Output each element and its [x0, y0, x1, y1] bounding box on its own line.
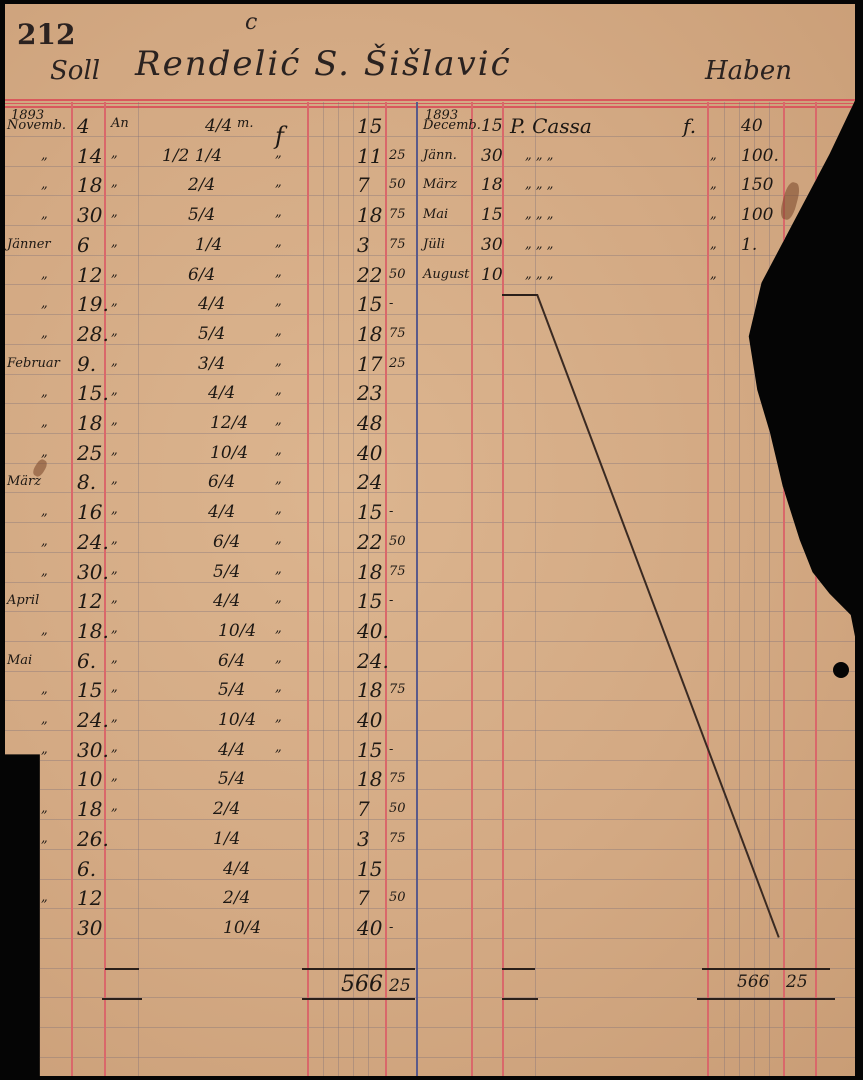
- credit-entry-day: 15: [481, 205, 503, 225]
- entry-amount: 40: [357, 916, 382, 940]
- entry-amount: 7: [357, 173, 370, 197]
- entry-ditto: „: [275, 383, 282, 398]
- debit-total-cents: 25: [389, 976, 411, 996]
- entry-cents: -: [389, 504, 393, 519]
- ruled-line: [5, 492, 855, 493]
- entry-amount: 18: [357, 767, 382, 791]
- debit-date-close-rule: [105, 968, 139, 970]
- entry-month: „: [41, 623, 48, 638]
- ruled-line: [5, 166, 855, 167]
- credit-entry-folio: f.: [683, 114, 696, 138]
- entry-month: „: [41, 445, 48, 460]
- entry-ditto: „: [275, 413, 282, 428]
- entry-day: 6.: [77, 649, 96, 673]
- entry-ditto: „: [275, 621, 282, 636]
- entry-month: Mai: [7, 653, 32, 668]
- entry-mark: „: [111, 354, 118, 369]
- entry-day: 12: [77, 589, 102, 613]
- credit-entry-month: Decemb.: [423, 118, 481, 133]
- entry-cents: 50: [389, 534, 406, 549]
- entry-quantity: 5/4: [188, 205, 215, 225]
- entry-day: 14: [77, 144, 102, 168]
- entry-ditto: „: [275, 175, 282, 190]
- credit-entry-day: 30: [481, 146, 503, 166]
- entry-day: 18: [77, 411, 102, 435]
- entry-mark: „: [111, 680, 118, 695]
- credit-entry-day: 10: [481, 265, 503, 285]
- entry-amount: 15: [357, 589, 382, 613]
- entry-month: „: [41, 712, 48, 727]
- ruled-line: [5, 611, 855, 612]
- entry-day: 10: [77, 767, 102, 791]
- debit-grid-rule: [353, 102, 354, 1076]
- entry-month: „: [41, 326, 48, 341]
- entry-quantity: 4/4: [223, 859, 250, 879]
- ink-stain: [778, 181, 801, 221]
- entry-quantity: 5/4: [213, 562, 240, 582]
- credit-entry-amount: 100.: [741, 146, 779, 166]
- entry-ditto: „: [275, 443, 282, 458]
- debit-grid-rule: [323, 102, 324, 1076]
- entry-mark: „: [111, 562, 118, 577]
- entry-mark: „: [111, 651, 118, 666]
- credit-entry-description: „ „ „: [525, 267, 553, 282]
- entry-mark: „: [111, 413, 118, 428]
- entry-quantity: 3/4: [198, 354, 225, 374]
- entry-day: 19.: [77, 292, 109, 316]
- credit-entry-day: 18: [481, 175, 503, 195]
- entry-quantity: 1/4: [213, 829, 240, 849]
- entry-quantity: 2/4: [188, 175, 215, 195]
- credit-entry-folio: „: [710, 207, 717, 222]
- entry-amount: 3: [357, 233, 370, 257]
- entry-day: 24.: [77, 530, 109, 554]
- entry-month: „: [41, 890, 48, 905]
- ruled-line: [5, 1027, 855, 1028]
- debit-folio-column-rule: [307, 102, 309, 1076]
- haben-heading: Haben: [705, 56, 792, 86]
- entry-cents: 50: [389, 267, 406, 282]
- entry-quantity: 4/4: [213, 591, 240, 611]
- credit-entry-amount: 150: [741, 175, 773, 195]
- ruled-line: [5, 700, 855, 701]
- entry-cents: -: [389, 920, 393, 935]
- entry-ditto: „: [275, 591, 282, 606]
- entry-quantity: 10/4: [218, 621, 256, 641]
- entry-day: 9.: [77, 352, 96, 376]
- debit-double-rule: [302, 998, 415, 1000]
- entry-cents: 75: [389, 771, 406, 786]
- entry-ditto: „: [275, 562, 282, 577]
- credit-date-close-rule: [502, 968, 535, 970]
- credit-diagonal-closing-line: [536, 294, 780, 938]
- ledger-page: 212 Soll Rendelić S. Šišlavić c Haben 18…: [5, 4, 855, 1076]
- entry-quantity: 4/4: [205, 116, 232, 136]
- entry-mark: „: [111, 443, 118, 458]
- entry-mark: „: [111, 769, 118, 784]
- entry-cents: -: [389, 742, 393, 757]
- ruled-line: [5, 641, 855, 642]
- entry-day: 25: [77, 441, 102, 465]
- entry-cents: -: [389, 593, 393, 608]
- entry-day: 6: [77, 233, 90, 257]
- entry-day: 24.: [77, 708, 109, 732]
- entry-ditto: „: [275, 532, 282, 547]
- entry-amount: 3: [357, 827, 370, 851]
- entry-month: „: [41, 831, 48, 846]
- credit-folio-column-rule: [707, 102, 709, 1076]
- entry-amount: 24.: [357, 649, 389, 673]
- credit-edge-column-rule: [815, 102, 817, 1076]
- entry-quantity: 10/4: [223, 918, 261, 938]
- entry-amount: 22: [357, 530, 382, 554]
- ruled-line: [5, 314, 855, 315]
- entry-ditto: „: [275, 294, 282, 309]
- credit-grid-rule: [769, 102, 770, 1076]
- entry-cents: 50: [389, 890, 406, 905]
- debit-sum-rule: [302, 968, 415, 970]
- debit-cents-column-rule: [385, 102, 387, 1076]
- entry-amount: 18: [357, 203, 382, 227]
- entry-mark: „: [111, 146, 118, 161]
- entry-mark: „: [111, 710, 118, 725]
- entry-month: Jüli: [7, 861, 29, 876]
- entry-day: 18.: [77, 619, 109, 643]
- entry-quantity: 10/4: [218, 710, 256, 730]
- entry-month: „: [41, 385, 48, 400]
- entry-quantity: 4/4: [208, 383, 235, 403]
- credit-entry-day: 30: [481, 235, 503, 255]
- entry-ditto: „: [275, 205, 282, 220]
- credit-entry-folio: „: [710, 148, 717, 163]
- entry-quantity: 4/4: [218, 740, 245, 760]
- entry-quantity: 5/4: [218, 769, 245, 789]
- entry-amount: 15: [357, 857, 382, 881]
- entry-ditto: „: [275, 680, 282, 695]
- entry-mark: „: [111, 502, 118, 517]
- entry-ditto: „: [275, 235, 282, 250]
- ruled-line: [5, 760, 855, 761]
- entry-quantity: 6/4: [213, 532, 240, 552]
- entry-amount: 18: [357, 678, 382, 702]
- entry-ditto: „: [275, 324, 282, 339]
- entry-cents: -: [389, 296, 393, 311]
- credit-total-cents: 25: [786, 972, 808, 992]
- entry-mark: „: [111, 472, 118, 487]
- entry-mark: „: [111, 205, 118, 220]
- credit-entry-folio: „: [710, 237, 717, 252]
- entry-mark: „: [111, 621, 118, 636]
- credit-double-rule: [697, 998, 835, 1000]
- entry-quantity: 10/4: [210, 443, 248, 463]
- entry-amount: 15: [357, 292, 382, 316]
- ruled-line: [5, 225, 855, 226]
- entry-quantity: 5/4: [198, 324, 225, 344]
- entry-cents: 25: [389, 356, 406, 371]
- credit-entry-day: 15: [481, 116, 503, 136]
- entry-mark: „: [111, 235, 118, 250]
- debit-date-column-rule: [71, 102, 73, 1076]
- entry-day: 8.: [77, 470, 96, 494]
- entry-day: 30: [77, 203, 102, 227]
- entry-quantity: 5/4: [218, 680, 245, 700]
- credit-entry-month: März: [423, 177, 457, 192]
- debit-folio-mark: f: [275, 122, 284, 150]
- entry-day: 28.: [77, 322, 109, 346]
- soll-heading: Soll: [50, 56, 100, 86]
- credit-entry-month: August: [423, 267, 469, 282]
- entry-day: 18: [77, 173, 102, 197]
- entry-quantity: 6/4: [218, 651, 245, 671]
- credit-entry-description: „ „ „: [525, 177, 553, 192]
- ruled-line: [5, 879, 855, 880]
- ruled-line: [5, 1057, 855, 1058]
- debit-day-column-rule: [104, 102, 106, 1076]
- entry-cents: 75: [389, 831, 406, 846]
- entry-mark: „: [111, 799, 118, 814]
- entry-cents: 75: [389, 207, 406, 222]
- credit-cents-column-rule: [783, 102, 785, 1076]
- entry-cents: 50: [389, 801, 406, 816]
- credit-total-amount: 566: [737, 972, 769, 992]
- ruled-line: [5, 136, 855, 137]
- ruled-line: [5, 671, 855, 672]
- ruled-line: [5, 195, 855, 196]
- entry-amount: 7: [357, 886, 370, 910]
- entry-quantity: 4/4: [208, 502, 235, 522]
- credit-entry-month: Jänn.: [423, 148, 457, 163]
- credit-entry-month: Jüli: [423, 237, 445, 252]
- entry-ditto: „: [275, 502, 282, 517]
- credit-entry-amount: 1.: [741, 235, 757, 255]
- account-superscript: c: [245, 10, 257, 35]
- entry-mark: „: [111, 383, 118, 398]
- entry-ditto: „: [275, 472, 282, 487]
- soll-haben-divider: [416, 102, 418, 1076]
- entry-month: „: [41, 801, 48, 816]
- debit-mark-column-rule: [138, 102, 139, 1076]
- credit-entry-description: „ „ „: [525, 237, 553, 252]
- entry-ditto: „: [275, 651, 282, 666]
- entry-quantity: 6/4: [208, 472, 235, 492]
- entry-amount: 22: [357, 263, 382, 287]
- account-name: Rendelić S. Šišlavić: [135, 44, 512, 84]
- entry-mark: „: [111, 324, 118, 339]
- entry-ditto: „: [275, 265, 282, 280]
- entry-ditto: „: [275, 740, 282, 755]
- ruled-line: [5, 344, 855, 345]
- page-number: 212: [17, 18, 75, 51]
- credit-closing-stub: [502, 294, 538, 296]
- entry-month: „: [41, 177, 48, 192]
- header-rule-middle: [5, 103, 855, 104]
- entry-mark: „: [111, 591, 118, 606]
- entry-quantity: 2/4: [213, 799, 240, 819]
- entry-day: 12: [77, 263, 102, 287]
- entry-month: „: [41, 742, 48, 757]
- ruled-line: [5, 552, 855, 553]
- entry-mark: „: [111, 294, 118, 309]
- entry-ditto: „: [275, 710, 282, 725]
- entry-month: Jüni: [7, 771, 33, 786]
- entry-amount: 15: [357, 738, 382, 762]
- credit-entry-month: Mai: [423, 207, 448, 222]
- entry-month: „: [41, 504, 48, 519]
- ruled-line: [5, 819, 855, 820]
- entry-day: 15: [77, 678, 102, 702]
- entry-amount: 18: [357, 560, 382, 584]
- entry-month: „: [41, 148, 48, 163]
- entry-day: 4: [77, 114, 90, 138]
- entry-day: 26.: [77, 827, 109, 851]
- entry-cents: 75: [389, 326, 406, 341]
- credit-date-column-rule: [471, 102, 473, 1076]
- entry-month: „: [41, 296, 48, 311]
- entry-mark: An: [111, 116, 129, 131]
- entry-day: 16: [77, 500, 102, 524]
- entry-day: 30.: [77, 738, 109, 762]
- credit-entry-folio: „: [710, 177, 717, 192]
- credit-entry-amount: 100: [741, 205, 773, 225]
- entry-quantity: 6/4: [188, 265, 215, 285]
- entry-amount: 24: [357, 470, 382, 494]
- entry-amount: 15: [357, 500, 382, 524]
- ruled-line: [5, 789, 855, 790]
- credit-grid-rule: [739, 102, 740, 1076]
- entry-mark: „: [111, 532, 118, 547]
- entry-month: Novemb.: [7, 118, 66, 133]
- entry-day: 30.: [77, 560, 109, 584]
- entry-month: „: [41, 564, 48, 579]
- entry-amount: 40: [357, 708, 382, 732]
- entry-day: 6.: [77, 857, 96, 881]
- credit-date-close-rule-2: [502, 998, 538, 1000]
- punch-hole: [833, 662, 849, 678]
- ruled-line: [5, 463, 855, 464]
- entry-cents: 25: [389, 148, 406, 163]
- credit-entry-folio: „: [710, 267, 717, 282]
- entry-amount: 48: [357, 411, 382, 435]
- entry-amount: 17: [357, 352, 382, 376]
- entry-quantity: 12/4: [210, 413, 248, 433]
- ruled-line: [5, 849, 855, 850]
- entry-month: Jänner: [7, 237, 51, 252]
- entry-amount: 40: [357, 441, 382, 465]
- entry-quantity: 2/4: [223, 888, 250, 908]
- entry-amount: 11: [357, 144, 382, 168]
- ruled-line: [5, 908, 855, 909]
- ruled-line: [5, 403, 855, 404]
- credit-entry-description: P. Cassa: [510, 114, 592, 138]
- debit-date-close-rule-2: [102, 998, 142, 1000]
- entry-month: „: [41, 267, 48, 282]
- ruled-line: [5, 730, 855, 731]
- entry-day: 12: [77, 886, 102, 910]
- entry-mark: „: [111, 265, 118, 280]
- entry-cents: 50: [389, 177, 406, 192]
- ink-stain: [31, 458, 49, 479]
- entry-day: 30: [77, 916, 102, 940]
- entry-month: April: [7, 593, 39, 608]
- entry-amount: 7: [357, 797, 370, 821]
- entry-ditto: „: [275, 354, 282, 369]
- ruled-line: [5, 938, 855, 939]
- entry-ditto: m.: [237, 116, 253, 131]
- entry-amount: 15: [357, 114, 382, 138]
- entry-quantity: 1/2 1/4: [162, 146, 222, 166]
- entry-amount: 40.: [357, 619, 389, 643]
- credit-entry-amount: 40: [741, 116, 763, 136]
- credit-entry-description: „ „ „: [525, 207, 553, 222]
- debit-grid-rule: [338, 102, 339, 1076]
- entry-amount: 23: [357, 381, 382, 405]
- ruled-line: [5, 522, 855, 523]
- entry-month: „: [41, 682, 48, 697]
- entry-mark: „: [111, 740, 118, 755]
- entry-mark: „: [111, 175, 118, 190]
- entry-month: Februar: [7, 356, 60, 371]
- entry-day: 15.: [77, 381, 109, 405]
- ruled-line: [5, 284, 855, 285]
- credit-sum-rule: [702, 968, 830, 970]
- ruled-line: [5, 582, 855, 583]
- ruled-line: [5, 433, 855, 434]
- entry-quantity: 1/4: [195, 235, 222, 255]
- entry-day: 18: [77, 797, 102, 821]
- entry-cents: 75: [389, 682, 406, 697]
- header-rule-top: [5, 99, 855, 101]
- entry-amount: 18: [357, 322, 382, 346]
- entry-cents: 75: [389, 237, 406, 252]
- credit-grid-rule: [724, 102, 725, 1076]
- entry-quantity: 4/4: [198, 294, 225, 314]
- ruled-line: [5, 255, 855, 256]
- entry-cents: 75: [389, 564, 406, 579]
- ruled-line: [5, 374, 855, 375]
- credit-entry-description: „ „ „: [525, 148, 553, 163]
- entry-month: „: [41, 534, 48, 549]
- entry-month: „: [41, 207, 48, 222]
- entry-month: „: [41, 415, 48, 430]
- debit-total-amount: 566: [341, 972, 383, 997]
